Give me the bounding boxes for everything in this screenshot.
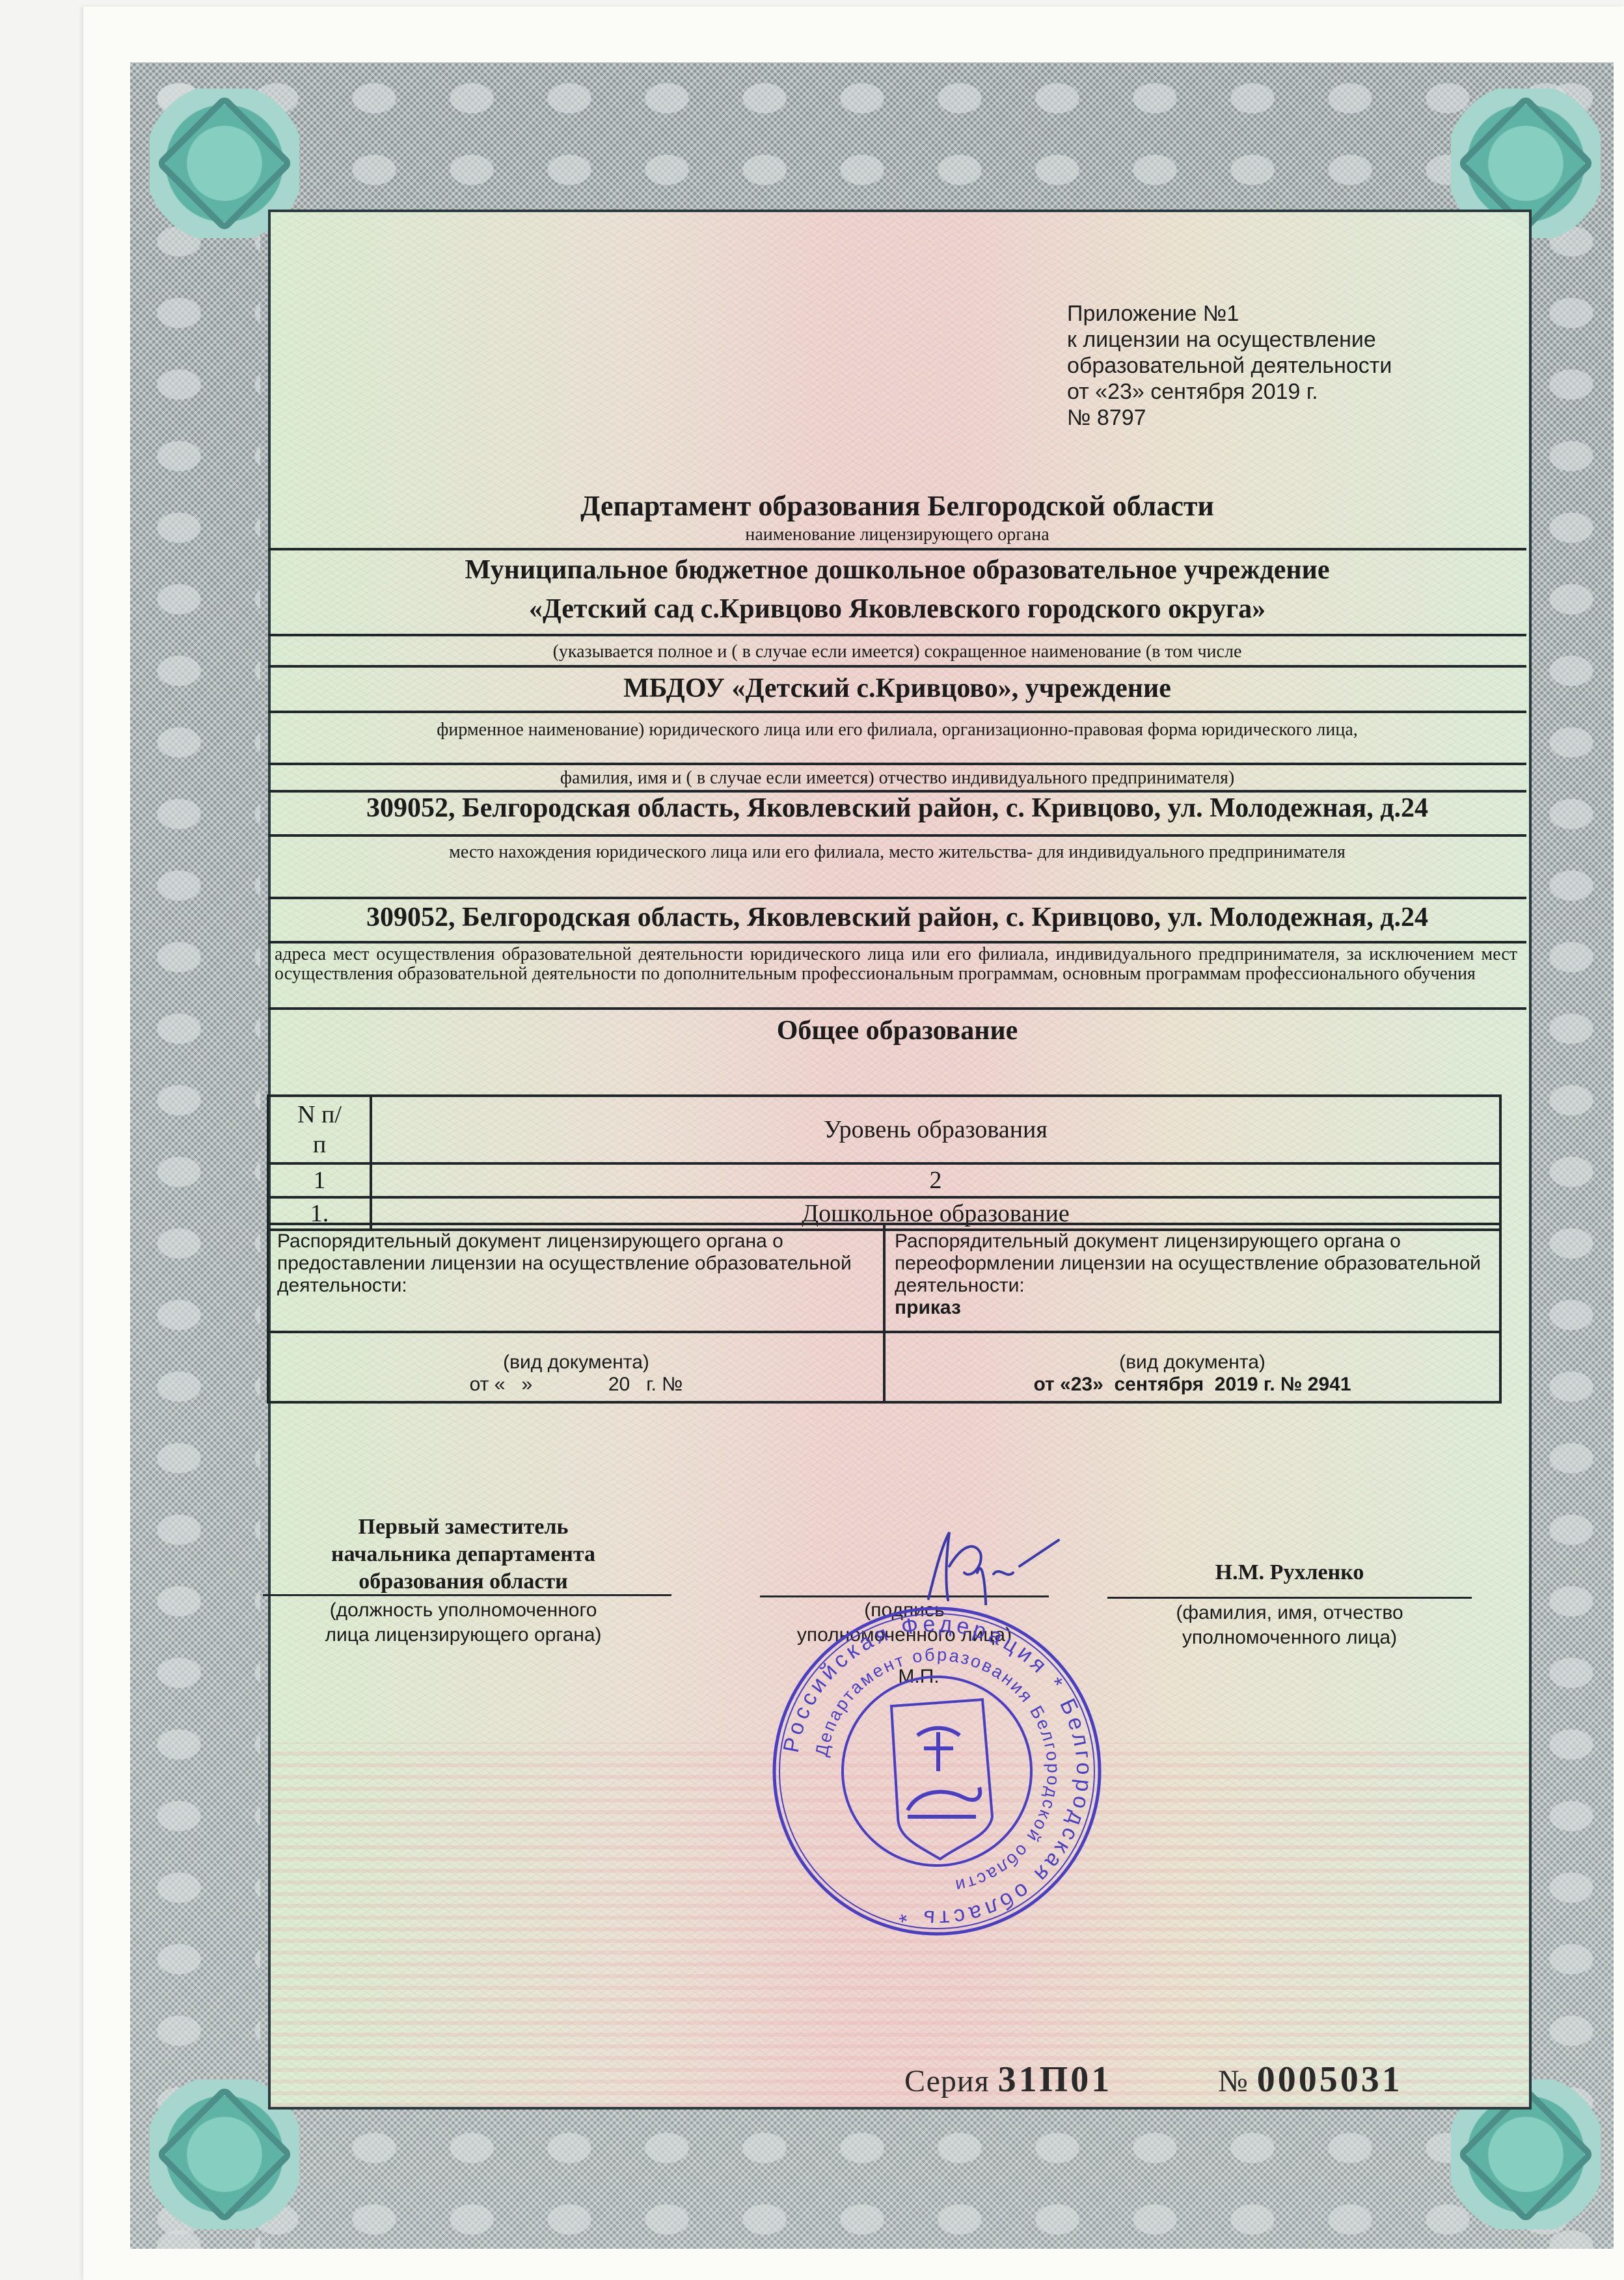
series-label: Серия: [904, 2064, 990, 2098]
divider: [268, 897, 1526, 899]
signer-position-line: Первый заместитель: [281, 1513, 645, 1541]
frame-ornament-left: [130, 62, 260, 2249]
frame-ornament-bottom: [130, 2112, 1614, 2249]
appendix-number: № 8797: [1067, 405, 1483, 431]
frame-ornament-top: [130, 62, 1614, 199]
appendix-title: Приложение №1: [1067, 301, 1483, 327]
divider: [268, 834, 1526, 837]
name-caption: (фамилия, имя, отчество уполномоченного …: [1107, 1601, 1472, 1650]
divider: [268, 763, 1526, 765]
caption-full-name: (указывается полное и ( в случае если им…: [268, 642, 1526, 662]
blank-series: Серия 31П01: [904, 2059, 1112, 2100]
reissue-document-label: Распорядительный документ лицензирующего…: [895, 1230, 1491, 1297]
caption-legal-address: место нахождения юридического лица или е…: [268, 842, 1526, 863]
header-level: Уровень образования: [371, 1096, 1500, 1163]
grant-document-date: от « » 20 г. №: [277, 1374, 875, 1396]
position-signature-line: [263, 1594, 671, 1596]
legal-address: 309052, Белгородская область, Яковлевски…: [268, 793, 1526, 824]
licensing-body-name: Департамент образования Белгородской обл…: [268, 489, 1526, 522]
appendix-line: образовательной деятельности: [1067, 353, 1483, 379]
appendix-date: от «23» сентября 2019 г.: [1067, 379, 1483, 405]
official-seal-icon: Российская Федерация * Белгородская обла…: [768, 1602, 1106, 1940]
table-header-row: N п/п Уровень образования: [268, 1096, 1500, 1163]
grant-document-details: (вид документа) от « » 20 г. №: [268, 1332, 884, 1402]
grant-document-cell: Распорядительный документ лицензирующего…: [268, 1224, 884, 1332]
activity-address: 309052, Белгородская область, Яковлевски…: [268, 902, 1526, 933]
grant-document-label: Распорядительный документ лицензирующего…: [277, 1230, 875, 1297]
signer-position-line: образования области: [281, 1568, 645, 1595]
grant-doc-type-caption: (вид документа): [277, 1351, 875, 1374]
divider: [268, 711, 1526, 713]
caption-firm-name: фирменное наименование) юридического лиц…: [268, 720, 1526, 740]
blank-number: № 0005031: [1218, 2059, 1403, 2100]
signer-position: Первый заместитель начальника департамен…: [281, 1513, 645, 1595]
divider: [268, 548, 1526, 550]
licensee-full-name-line2: «Детский сад с.Кривцово Яковлевского гор…: [268, 593, 1526, 625]
signer-position-line: начальника департамента: [281, 1541, 645, 1568]
license-appendix-document: Приложение №1 к лицензии на осуществлени…: [268, 210, 1526, 2104]
header-number-label: N п/п: [293, 1100, 345, 1160]
divider: [268, 634, 1526, 636]
header-number: N п/п: [268, 1096, 371, 1163]
divider: [268, 665, 1526, 668]
position-caption-line: лица лицензирующего органа): [281, 1623, 645, 1648]
column-number: 2: [371, 1163, 1500, 1197]
frame-ornament-right: [1522, 62, 1614, 2249]
licensing-documents-table: Распорядительный документ лицензирующего…: [267, 1223, 1502, 1404]
name-caption-line: (фамилия, имя, отчество: [1107, 1601, 1472, 1625]
licensing-body-caption: наименование лицензирующего органа: [268, 524, 1526, 545]
divider: [268, 941, 1526, 943]
education-levels-table: N п/п Уровень образования 1 2 1. Дошколь…: [267, 1094, 1502, 1231]
divider: [268, 1007, 1526, 1010]
signer-name: Н.М. Рухленко: [1107, 1559, 1472, 1586]
reissue-document-date: от «23» сентября 2019 г. № 2941: [893, 1374, 1491, 1396]
name-signature-line: [1107, 1597, 1472, 1599]
appendix-line: к лицензии на осуществление: [1067, 327, 1483, 353]
section-title: Общее образование: [268, 1015, 1526, 1046]
position-caption-line: (должность уполномоченного: [281, 1598, 645, 1623]
licensee-short-name: МБДОУ «Детский с.Кривцово», учреждение: [268, 673, 1526, 704]
position-caption: (должность уполномоченного лица лицензир…: [281, 1598, 645, 1648]
reissue-document-details: (вид документа) от «23» сентября 2019 г.…: [884, 1332, 1500, 1402]
licensee-full-name-line1: Муниципальное бюджетное дошкольное образ…: [268, 554, 1526, 586]
column-number: 1: [268, 1163, 371, 1197]
name-caption-line: уполномоченного лица): [1107, 1625, 1472, 1650]
reissue-doc-type-caption: (вид документа): [893, 1351, 1491, 1374]
column-number-row: 1 2: [268, 1163, 1500, 1197]
caption-activity-address: адреса мест осуществления образовательно…: [275, 945, 1517, 984]
series-value: 31П01: [998, 2059, 1113, 2100]
handwritten-signature-icon: [909, 1527, 1065, 1605]
caption-entrepreneur: фамилия, имя и ( в случае если имеется) …: [268, 768, 1526, 789]
reissue-document-cell: Распорядительный документ лицензирующего…: [884, 1224, 1500, 1332]
reissue-document-type: приказ: [895, 1297, 1491, 1319]
number-label: №: [1218, 2064, 1249, 2098]
number-value: 0005031: [1257, 2059, 1403, 2100]
appendix-header: Приложение №1 к лицензии на осуществлени…: [1067, 301, 1483, 431]
